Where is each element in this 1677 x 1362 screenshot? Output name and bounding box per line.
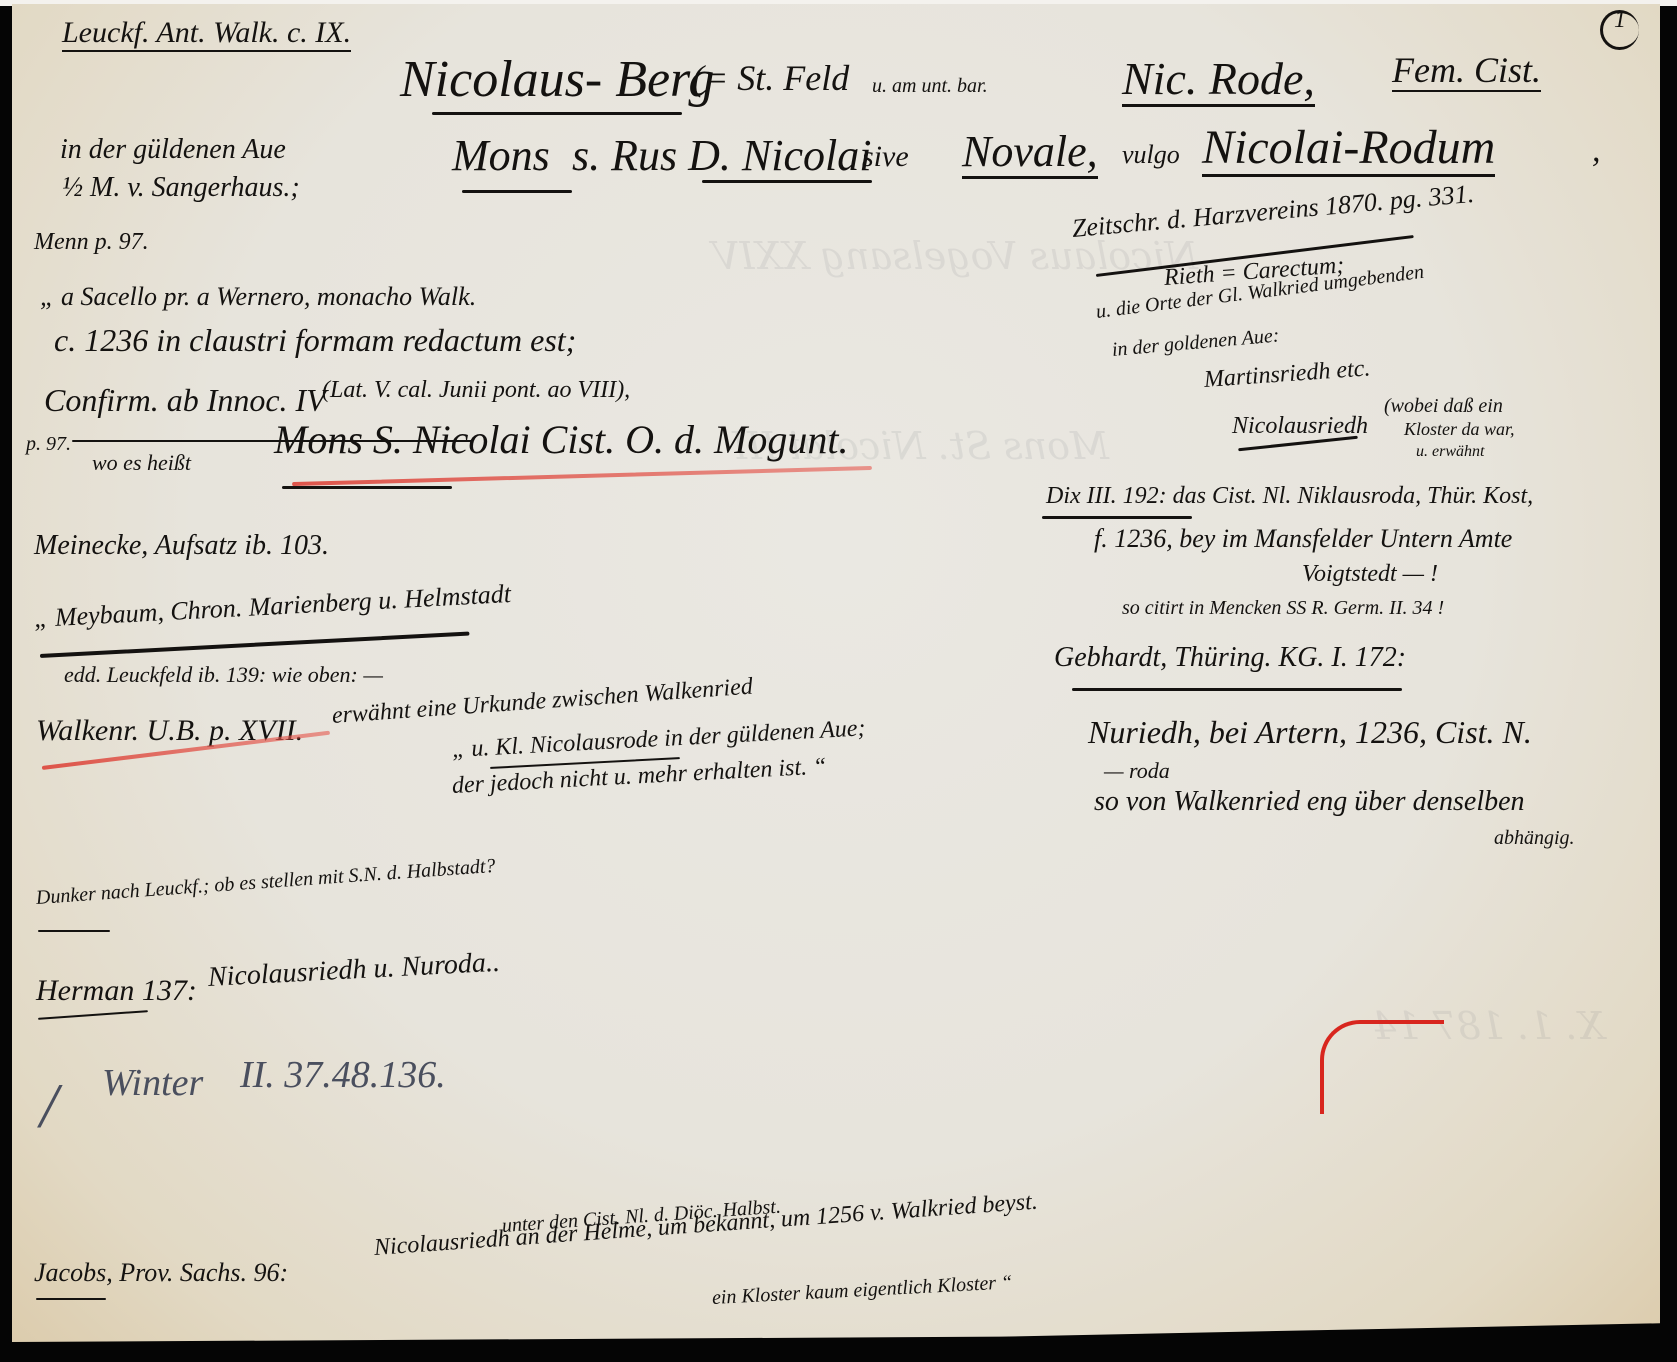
right-line-6d: u. erwähnt — [1416, 444, 1484, 460]
right-line-10: so citirt in Mencken SS R. Germ. II. 34 … — [1122, 598, 1444, 618]
underline — [462, 190, 572, 193]
title-fem-cist: Fem. Cist. — [1392, 52, 1541, 92]
left-line-6b: (Lat. V. cal. Junii pont. ao VIII), — [322, 378, 630, 402]
underline — [1042, 516, 1192, 519]
right-line-11: Gebhardt, Thüring. KG. I. 172: — [1054, 644, 1406, 672]
underline — [36, 1298, 106, 1300]
left-line-14: Dunker nach Leuckf.; ob es stellen mit S… — [35, 856, 496, 908]
right-line-9: Voigtstedt — ! — [1302, 562, 1438, 586]
right-line-14: so von Walkenried eng über denselben — [1094, 788, 1525, 816]
underline — [38, 930, 110, 932]
underline — [702, 180, 872, 183]
underline — [1072, 688, 1402, 691]
underline — [40, 631, 470, 657]
title-vulgo: vulgo — [1122, 142, 1180, 168]
bottom-line-2a: Jacobs, Prov. Sachs. 96: — [34, 1260, 288, 1286]
left-line-7b: wo es heißt — [92, 452, 191, 474]
title-nic-rode: Nic. Rode, — [1122, 56, 1315, 107]
title-rus-d-nicolai: s. Rus D. Nicolai — [572, 134, 871, 178]
title-novale: Novale, — [962, 130, 1098, 179]
left-line-15b: Nicolausriedh u. Nuroda.. — [207, 949, 500, 992]
left-line-4: „ a Sacello pr. a Wernero, monacho Walk. — [40, 284, 476, 310]
right-line-4: in der goldenen Aue: — [1111, 325, 1280, 360]
manuscript-page: Nicolaus Vogelsang XXIV Mons St. Nicolai… — [12, 4, 1660, 1342]
left-line-3: Menn p. 97. — [34, 230, 149, 254]
left-line-11b: erwähnt eine Urkunde zwischen Walkenried — [331, 675, 753, 728]
header-reference: Leuckf. Ant. Walk. c. IX. — [62, 18, 351, 52]
left-line-7c: Mons S. Nicolai Cist. O. d. Mogunt. — [274, 420, 848, 460]
bottom-line-3: ein Kloster kaum eigentlich Kloster “ — [711, 1272, 1012, 1308]
right-line-6c: Kloster da war, — [1404, 420, 1515, 438]
left-line-7a: p. 97. — [26, 434, 71, 454]
underline — [38, 1010, 148, 1020]
page-number: 1 — [1614, 8, 1626, 32]
left-line-16b: II. 37.48.136. — [240, 1056, 446, 1094]
underline — [432, 112, 682, 115]
red-crayon-mark — [1320, 1020, 1444, 1114]
underline — [282, 486, 452, 489]
pencil-mark: / — [40, 1074, 58, 1138]
right-line-1: Zeitschr. d. Harzvereins 1870. pg. 331. — [1071, 181, 1475, 242]
left-line-2: ½ M. v. Sangerhaus.; — [62, 174, 300, 202]
title-sive: sive — [862, 142, 909, 172]
red-crayon-underline — [292, 466, 872, 486]
right-line-15: abhängig. — [1494, 828, 1575, 848]
right-line-13: — roda — [1104, 760, 1170, 782]
right-line-7: Dix III. 192: das Cist. Nl. Niklausroda,… — [1046, 484, 1533, 508]
title-mons: Mons — [452, 134, 550, 178]
left-line-8: Meinecke, Aufsatz ib. 103. — [34, 532, 329, 560]
right-line-12: Nuriedh, bei Artern, 1236, Cist. N. — [1088, 716, 1532, 748]
title-paren: (= St. Feld — [692, 60, 849, 96]
left-line-1: in der güldenen Aue — [60, 136, 286, 164]
left-line-15a: Herman 137: — [36, 976, 197, 1006]
title-nicolai-rodum: Nicolai-Rodum — [1202, 124, 1495, 177]
right-line-8: f. 1236, bey im Mansfelder Untern Amte — [1094, 526, 1512, 552]
right-line-6a: Nicolausriedh — [1232, 414, 1368, 438]
title-note: u. am unt. bar. — [872, 76, 988, 96]
left-line-10: edd. Leuckfeld ib. 139: wie oben: — — [64, 664, 383, 686]
title-nicolaus-berg: Nicolaus- Berg — [400, 54, 714, 106]
left-line-5: c. 1236 in claustri formam redactum est; — [54, 324, 576, 356]
left-line-6a: Confirm. ab Innoc. IV — [44, 384, 326, 416]
left-line-9: „ Meybaum, Chron. Marienberg u. Helmstad… — [33, 581, 511, 632]
left-line-16a: Winter — [102, 1064, 203, 1102]
right-line-5: Martinsriedh etc. — [1203, 356, 1371, 392]
right-line-6b: (wobei daß ein — [1384, 396, 1503, 416]
title-comma: , — [1592, 134, 1601, 168]
